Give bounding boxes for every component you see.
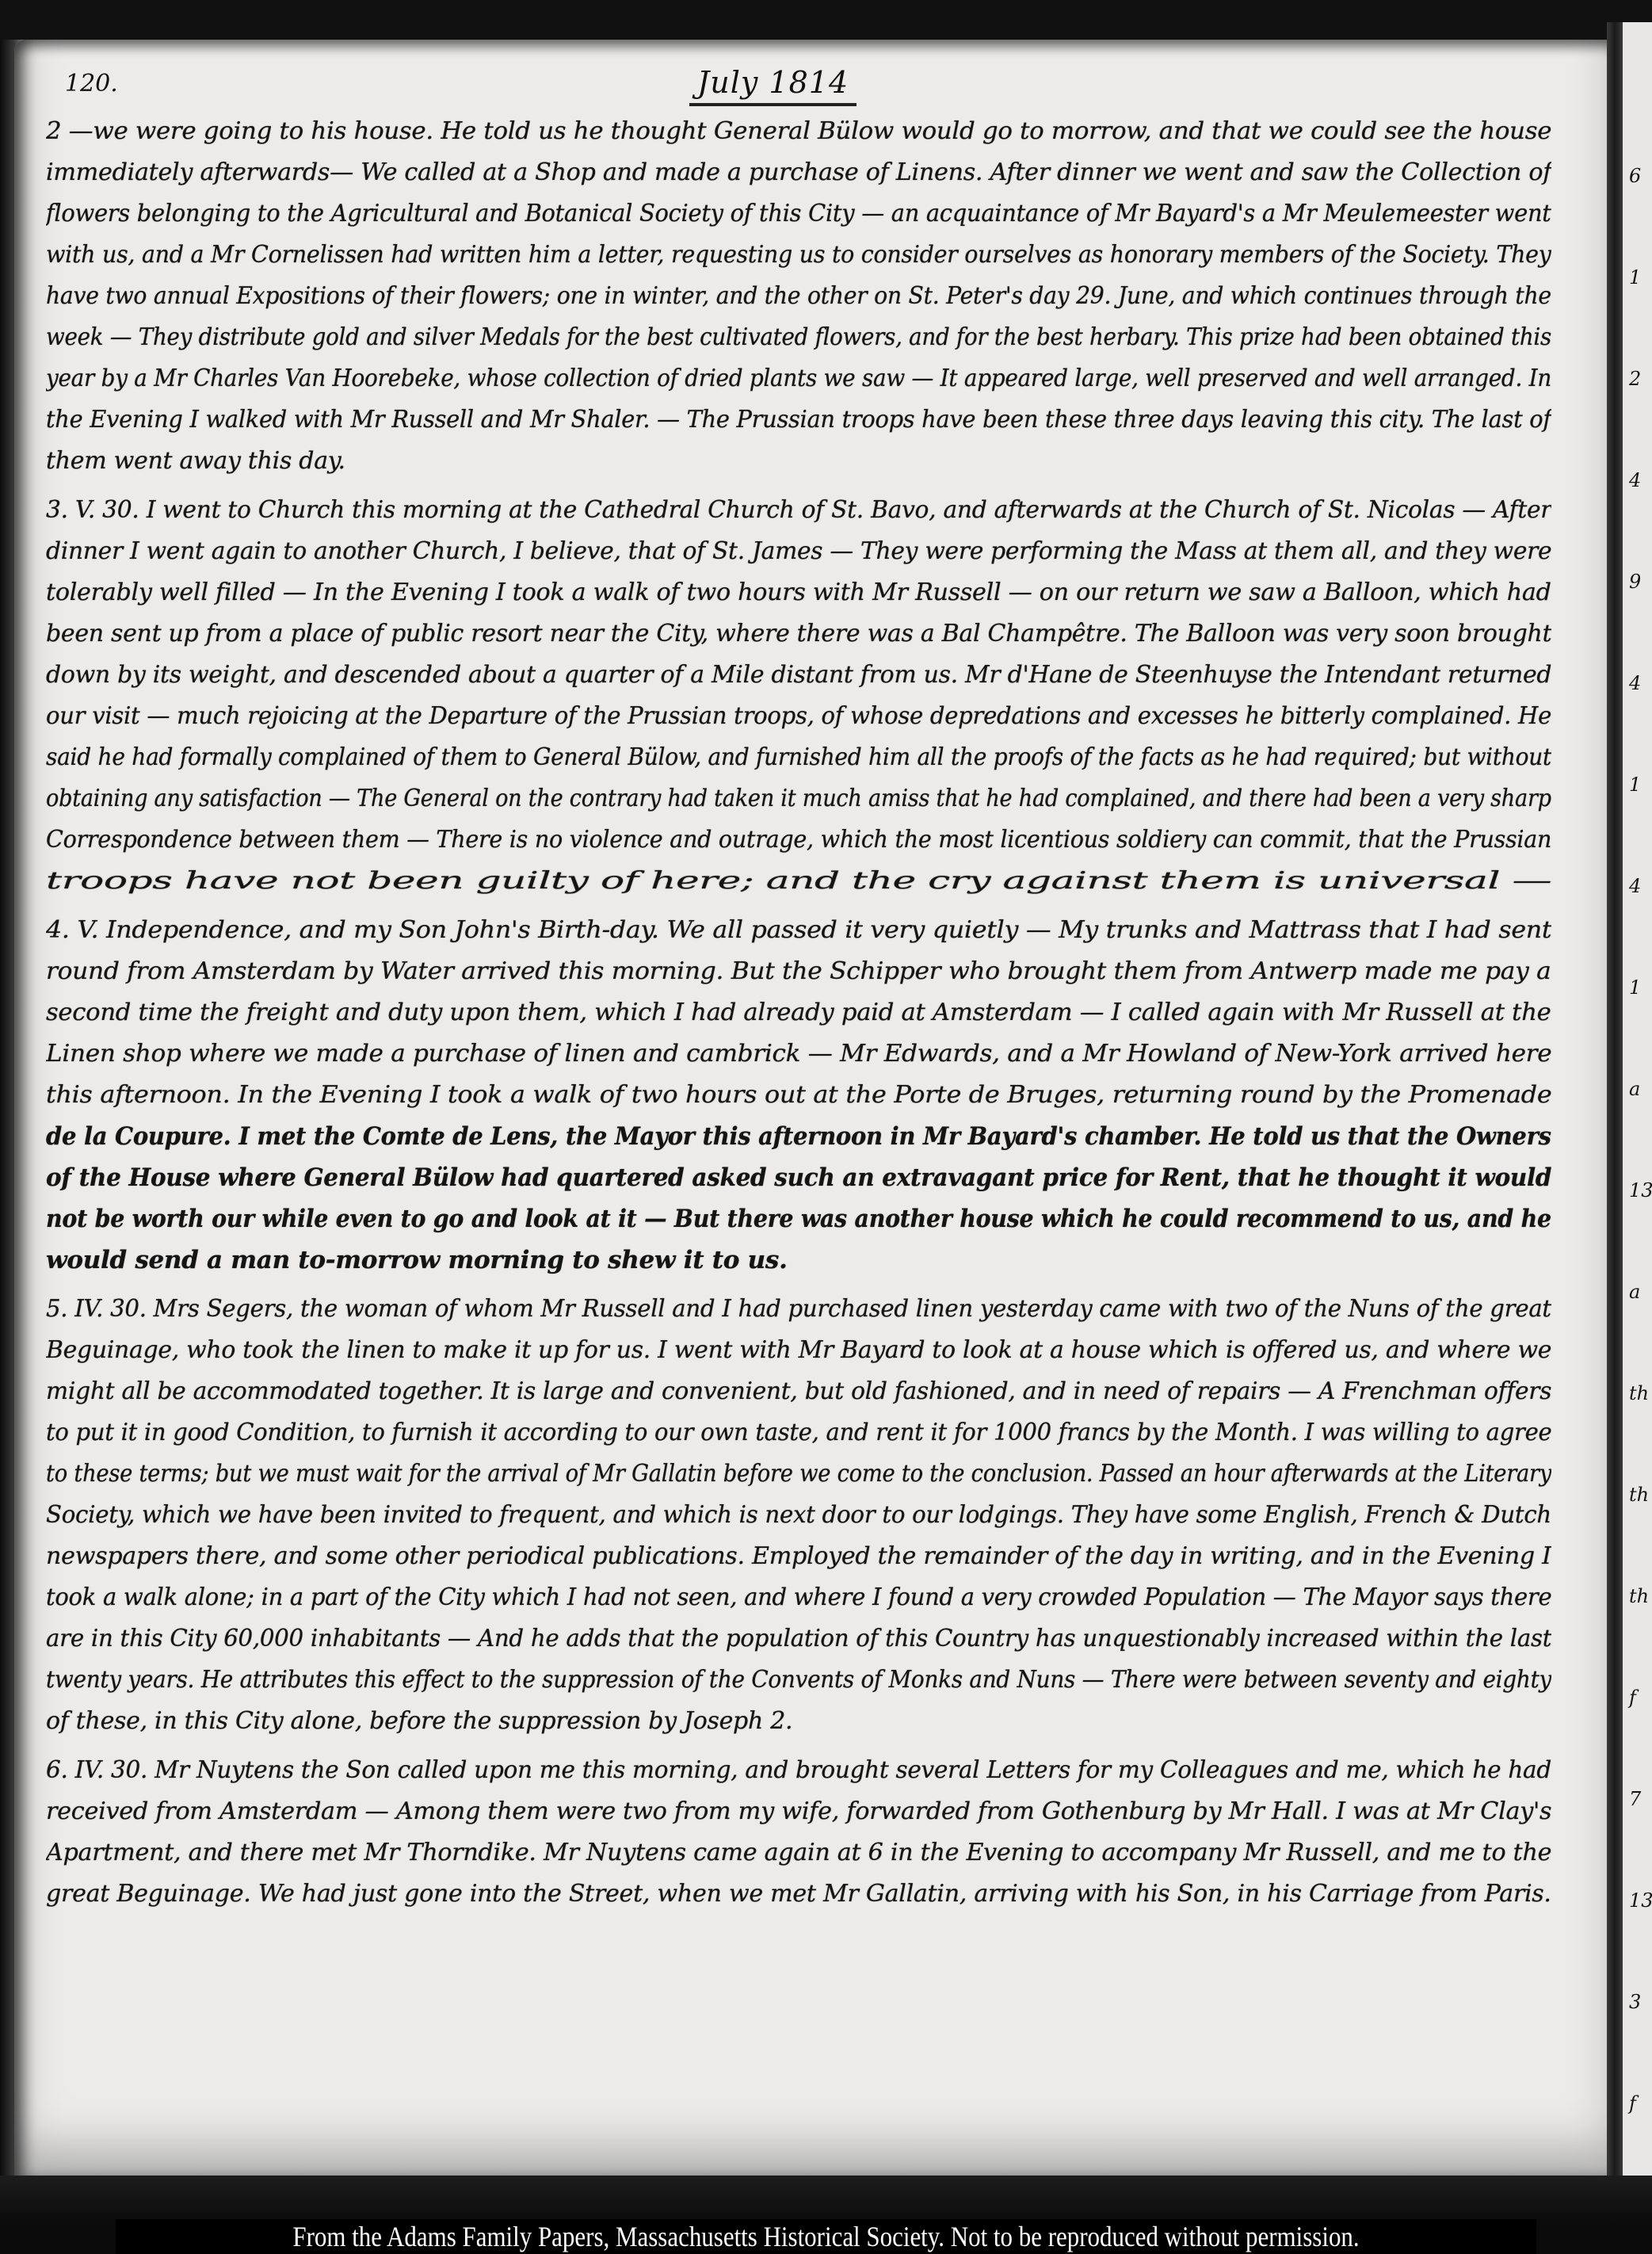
manuscript-line: obtaining any satisfaction — The General… [46, 778, 1551, 819]
book-gutter [1607, 22, 1623, 2186]
manuscript-line: this afternoon. In the Evening I took a … [46, 1075, 1551, 1116]
manuscript-line: of these, in this City alone, before the… [46, 1701, 792, 1742]
entry-gap [46, 902, 1583, 910]
manuscript-line: 3. V. 30. I went to Church this morning … [46, 490, 1551, 531]
manuscript-line: said he had formally complained of them … [46, 737, 1551, 778]
manuscript-line: might all be accommodated together. It i… [46, 1371, 1551, 1412]
manuscript-line: with us, and a Mr Cornelissen had writte… [46, 235, 1551, 276]
manuscript-line: tolerably well filled — In the Evening I… [46, 572, 1551, 613]
adjacent-page-fragment: f [1629, 2092, 1636, 2115]
adjacent-page-fragment: 13 [1629, 1889, 1652, 1912]
manuscript-line: 5. IV. 30. Mrs Segers, the woman of whom… [46, 1289, 1551, 1330]
manuscript-line: 6. IV. 30. Mr Nuytens the Son called upo… [46, 1750, 1551, 1791]
diary-entry: 2 —we were going to his house. He told u… [46, 111, 1583, 482]
entry-gap [46, 1915, 1583, 1923]
manuscript-line: immediately afterwards— We called at a S… [46, 152, 1551, 193]
adjacent-page-fragment: 4 [1629, 875, 1641, 897]
manuscript-line: Linen shop where we made a purchase of l… [46, 1033, 1551, 1075]
entry-gap [46, 482, 1583, 490]
adjacent-page-fragment: 4 [1629, 469, 1641, 491]
manuscript-line: have two annual Expositions of their flo… [46, 276, 1551, 317]
copyright-footer: From the Adams Family Papers, Massachuse… [116, 2219, 1536, 2254]
page-heading: July 1814 [689, 65, 857, 106]
manuscript-line: to these terms; but we must wait for the… [46, 1454, 1551, 1495]
scan-bottom-border [0, 2176, 1652, 2223]
diary-entry: 5. IV. 30. Mrs Segers, the woman of whom… [46, 1289, 1583, 1742]
adjacent-page-fragment: 6 [1629, 165, 1641, 187]
adjacent-page-fragment: 1 [1629, 976, 1641, 999]
adjacent-page-fragment: 3 [1629, 1991, 1641, 2013]
manuscript-line: flowers belonging to the Agricultural an… [46, 193, 1551, 235]
adjacent-page-fragment: a [1629, 1281, 1640, 1303]
adjacent-page-fragment: f [1629, 1687, 1636, 1709]
manuscript-line: would send a man to-morrow morning to sh… [46, 1240, 788, 1281]
manuscript-line: took a walk alone; in a part of the City… [46, 1577, 1551, 1618]
manuscript-line: Beguinage, who took the linen to make it… [46, 1330, 1551, 1371]
manuscript-line: de la Coupure. I met the Comte de Lens, … [46, 1116, 1551, 1157]
adjacent-page-fragment: th [1629, 1382, 1649, 1404]
manuscript-line: been sent up from a place of public reso… [46, 613, 1551, 655]
entry-gap [46, 1742, 1583, 1750]
manuscript-line: troops have not been guilty of here; and… [46, 861, 1551, 902]
manuscript-line: are in this City 60,000 inhabitants — An… [46, 1618, 1551, 1660]
adjacent-page-fragment: 1 [1629, 774, 1641, 796]
diary-entry: 4. V. Independence, and my Son John's Bi… [46, 910, 1583, 1281]
manuscript-line: week — They distribute gold and silver M… [46, 317, 1551, 358]
manuscript-line: round from Amsterdam by Water arrived th… [46, 951, 1551, 992]
manuscript-line: not be worth our while even to go and lo… [46, 1198, 1551, 1240]
manuscript-line: newspapers there, and some other periodi… [46, 1536, 1551, 1577]
manuscript-line: our visit — much rejoicing at the Depart… [46, 696, 1551, 737]
manuscript-line: 4. V. Independence, and my Son John's Bi… [46, 910, 1551, 951]
adjacent-page-fragment: 4 [1629, 672, 1641, 694]
manuscript-line: Society, which we have been invited to f… [46, 1495, 1551, 1536]
diary-entry: 6. IV. 30. Mr Nuytens the Son called upo… [46, 1750, 1583, 1915]
diary-entry: 3. V. 30. I went to Church this morning … [46, 490, 1583, 902]
manuscript-line: twenty years. He attributes this effect … [46, 1660, 1551, 1701]
diary-text: 2 —we were going to his house. He told u… [46, 111, 1583, 1923]
page-number: 120. [65, 70, 118, 97]
manuscript-line: dinner I went again to another Church, I… [46, 531, 1551, 572]
adjacent-page-fragment: th [1629, 1585, 1649, 1607]
manuscript-line: down by its weight, and descended about … [46, 655, 1551, 696]
adjacent-page-fragment: 9 [1629, 571, 1641, 593]
manuscript-line: Apartment, and there met Mr Thorndike. M… [46, 1832, 1551, 1874]
manuscript-line: of the House where General Bülow had qua… [46, 1157, 1551, 1198]
adjacent-page-fragment: 7 [1629, 1788, 1641, 1810]
adjacent-page-fragment: th [1629, 1484, 1649, 1506]
manuscript-line: great Beguinage. We had just gone into t… [46, 1874, 1551, 1915]
manuscript-line: them went away this day. [46, 441, 345, 482]
adjacent-page-edge: 612494141a13athththf7133f [1623, 22, 1652, 2178]
manuscript-line: Correspondence between them — There is n… [46, 819, 1551, 861]
manuscript-line: to put it in good Condition, to furnish … [46, 1412, 1551, 1454]
adjacent-page-fragment: 1 [1629, 266, 1641, 288]
manuscript-line: 2 —we were going to his house. He told u… [46, 111, 1551, 152]
entry-gap [46, 1281, 1583, 1289]
manuscript-line: the Evening I walked with Mr Russell and… [46, 399, 1551, 441]
scan-top-border [0, 0, 1652, 40]
manuscript-line: year by a Mr Charles Van Hoorebeke, whos… [46, 358, 1551, 399]
adjacent-page-fragment: 13 [1629, 1179, 1652, 1201]
adjacent-page-fragment: a [1629, 1078, 1640, 1100]
manuscript-line: received from Amsterdam — Among them wer… [46, 1791, 1551, 1832]
manuscript-line: second time the freight and duty upon th… [46, 992, 1551, 1033]
adjacent-page-fragment: 2 [1629, 368, 1641, 390]
